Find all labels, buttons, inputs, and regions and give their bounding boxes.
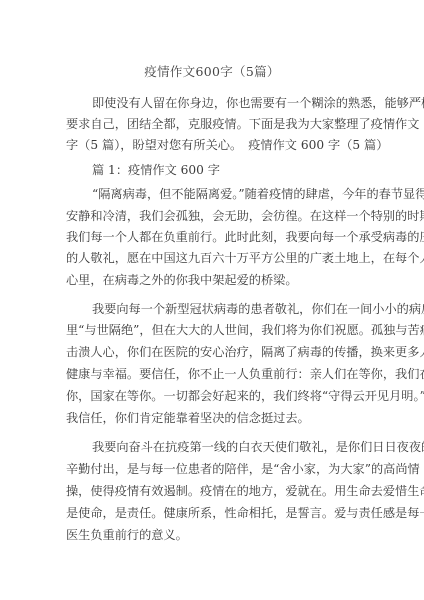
intro-line: 字（5 篇），盼望对您有所关心。 疫情作文 600 字（5 篇） (66, 137, 362, 153)
paragraph-line: 健康与幸福。要信任，你不止一人负重前行：亲人们在等你，我们在等 (66, 366, 362, 382)
paragraph-line: 操，使得疫情有效遏制。疫情在的地方，爱就在。用生命去爱惜生命， (66, 483, 362, 499)
paragraph-line: 我要向奋斗在抗疫第一线的白衣天使们敬礼，是你们日日夜夜的 (92, 439, 362, 455)
paragraph-line: 我信任，你们肯定能靠着坚决的信念挺过去。 (66, 410, 362, 426)
paragraph-line: 击溃人心，你们在医院的安心治疗，隔离了病毒的传播，换来更多人的 (66, 344, 362, 360)
paragraph-line: 医生负重前行的意义。 (66, 527, 362, 543)
paragraph-line: 你，国家在等你。一切都会好起来的，我们终将“守得云开见月明。” (66, 388, 362, 404)
paragraph-line: 我要向每一个新型冠状病毒的患者敬礼，你们在一间小小的病房 (92, 301, 362, 317)
paragraph-line: 的人敬礼，愿在中国这九百六十万平方公里的广袤土地上，在每个人的 (66, 250, 362, 266)
paragraph-line: 我们每一个人都在负重前行。此时此刻，我要向每一个承受病毒的压力 (66, 229, 362, 245)
paragraph-line: 安静和冷清，我们会孤独，会无助，会彷徨。在这样一个特别的时期， (66, 208, 362, 224)
intro-line: 即使没有人留在你身边，你也需要有一个糊涂的熟悉，能够严格 (92, 95, 362, 111)
paragraph-line: 是使命，是责任。健康所系，性命相托，是誓言。爱与责任感是每一位 (66, 505, 362, 521)
paragraph-line: “隔离病毒，但不能隔离爱。”随着疫情的肆虐，今年的春节显得 (92, 186, 362, 202)
document-page: 疫情作文600字（5篇） 即使没有人留在你身边，你也需要有一个糊涂的熟悉，能够严… (0, 0, 424, 600)
intro-line: 要求自己，团结全都，克服疫情。下面是我为大家整理了疫情作文 600 (66, 116, 362, 132)
section-heading: 篇 1：疫情作文 600 字 (92, 162, 220, 178)
paragraph-line: 里“与世隔绝”，但在大大的人世间，我们将为你们祝愿。孤独与苦痛 (66, 322, 362, 338)
paragraph-line: 辛勤付出，是与每一位患者的陪伴，是“舍小家，为大家”的高尚情 (66, 461, 362, 477)
document-title: 疫情作文600字（5篇） (0, 62, 424, 80)
paragraph-line: 心里，在病毒之外的你我中架起爱的桥梁。 (66, 272, 362, 288)
